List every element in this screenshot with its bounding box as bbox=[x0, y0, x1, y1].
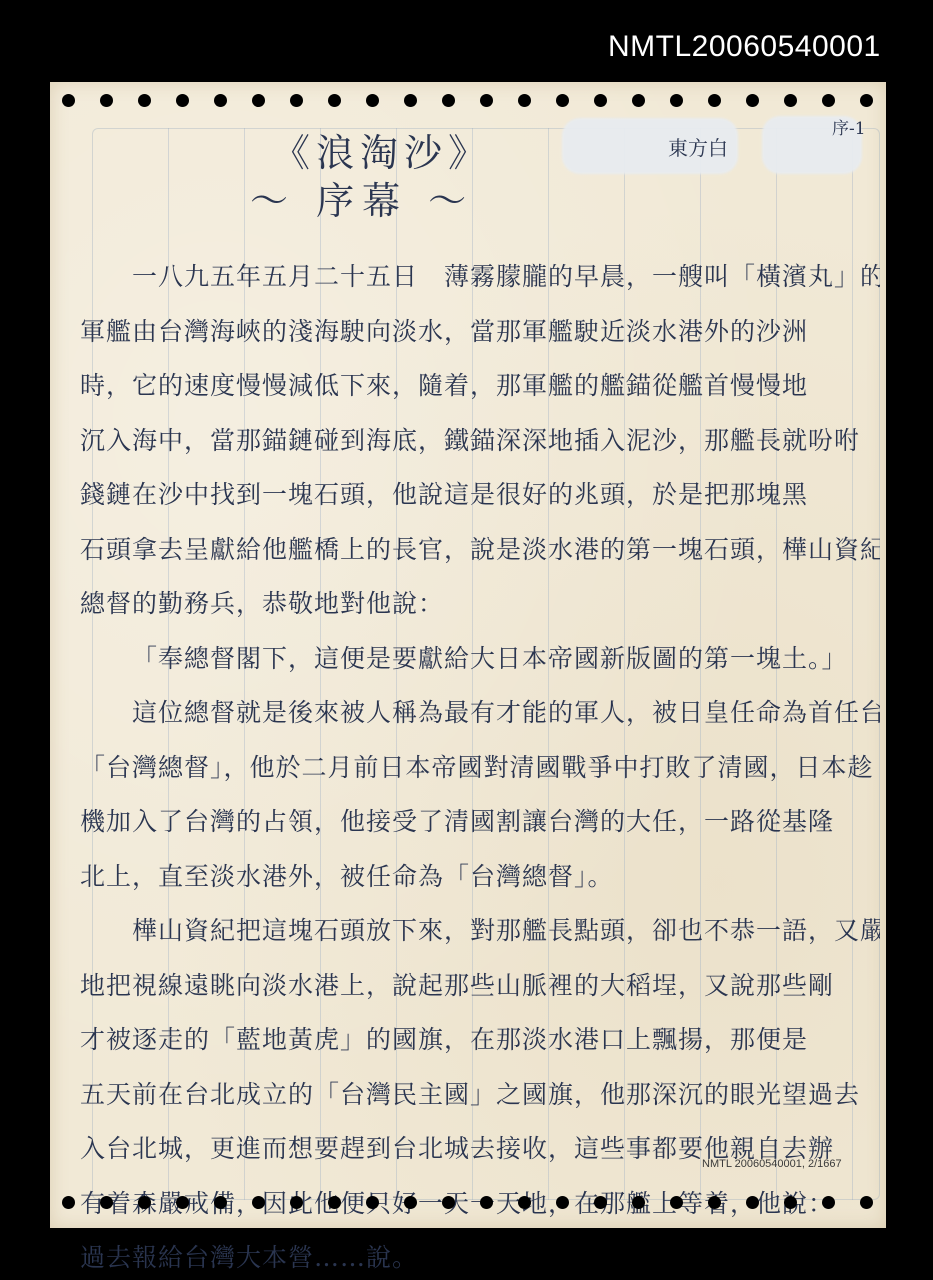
text-line: 北上，直至淡水港外，被任命為「台灣總督」。 bbox=[80, 850, 880, 905]
archive-id-label: NMTL20060540001 bbox=[608, 30, 881, 64]
feed-hole bbox=[480, 1196, 493, 1209]
feed-hole bbox=[138, 1196, 151, 1209]
tractor-feed-holes-top bbox=[50, 94, 886, 110]
feed-hole bbox=[784, 94, 797, 107]
text-line: 地把視線遠眺向淡水港上，說起那些山脈裡的大稻埕，又說那些剛 bbox=[80, 959, 880, 1014]
feed-hole bbox=[480, 94, 493, 107]
feed-hole bbox=[670, 1196, 683, 1209]
feed-hole bbox=[100, 1196, 113, 1209]
feed-hole bbox=[860, 1196, 873, 1209]
feed-hole bbox=[556, 94, 569, 107]
feed-hole bbox=[252, 94, 265, 107]
feed-hole bbox=[290, 1196, 303, 1209]
feed-hole bbox=[176, 1196, 189, 1209]
text-line: 一八九五年五月二十五日 薄霧朦朧的早晨，一艘叫「橫濱丸」的日本 bbox=[80, 250, 880, 305]
text-line: 過去報給台灣大本營……說。 bbox=[80, 1231, 880, 1280]
feed-hole bbox=[366, 1196, 379, 1209]
feed-hole bbox=[404, 94, 417, 107]
feed-hole bbox=[442, 1196, 455, 1209]
text-line: 時，它的速度慢慢減低下來，隨着，那軍艦的艦錨從艦首慢慢地 bbox=[80, 359, 880, 414]
feed-hole bbox=[632, 1196, 645, 1209]
feed-hole bbox=[594, 94, 607, 107]
feed-hole bbox=[176, 94, 189, 107]
manuscript-title: 《浪淘沙》 bbox=[272, 122, 492, 177]
manuscript-body: 一八九五年五月二十五日 薄霧朦朧的早晨，一艘叫「橫濱丸」的日本 軍艦由台灣海峽的… bbox=[80, 250, 880, 1280]
feed-hole bbox=[442, 94, 455, 107]
feed-hole bbox=[822, 1196, 835, 1209]
text-line: 錢鏈在沙中找到一塊石頭，他說這是很好的兆頭，於是把那塊黑 bbox=[80, 468, 880, 523]
text-line: 總督的勤務兵，恭敬地對他說： bbox=[80, 577, 880, 632]
text-line: 機加入了台灣的占領，他接受了清國割讓台灣的大任，一路從基隆 bbox=[80, 795, 880, 850]
feed-hole bbox=[784, 1196, 797, 1209]
feed-hole bbox=[518, 1196, 531, 1209]
text-line: 軍艦由台灣海峽的淺海駛向淡水，當那軍艦駛近淡水港外的沙洲 bbox=[80, 305, 880, 360]
feed-hole bbox=[746, 94, 759, 107]
tractor-feed-holes-bottom bbox=[50, 1196, 886, 1212]
text-line: 「奉總督閣下，這便是要獻給大日本帝國新版圖的第一塊土。」 bbox=[80, 632, 880, 687]
author-name: 東方白 bbox=[668, 132, 728, 161]
feed-hole bbox=[746, 1196, 759, 1209]
archive-footer-id: NMTL 20060540001, 2/1667 bbox=[702, 1158, 842, 1170]
feed-hole bbox=[860, 94, 873, 107]
feed-hole bbox=[670, 94, 683, 107]
text-line: 樺山資紀把這塊石頭放下來，對那艦長點頭，卻也不恭一語，又嚴肅 bbox=[80, 904, 880, 959]
feed-hole bbox=[62, 94, 75, 107]
manuscript-subtitle: ～ 序幕 ～ bbox=[250, 170, 474, 225]
feed-hole bbox=[290, 94, 303, 107]
feed-hole bbox=[252, 1196, 265, 1209]
text-line: 這位總督就是後來被人稱為最有才能的軍人，被日皇任命為首任台灣 bbox=[80, 686, 880, 741]
feed-hole bbox=[328, 1196, 341, 1209]
feed-hole bbox=[214, 1196, 227, 1209]
text-line: 「台灣總督」，他於二月前日本帝國對清國戰爭中打敗了清國，日本趁 bbox=[80, 741, 880, 796]
text-line: 沉入海中，當那錨鏈碰到海底，鐵錨深深地插入泥沙，那艦長就吩咐 bbox=[80, 414, 880, 469]
feed-hole bbox=[214, 94, 227, 107]
feed-hole bbox=[708, 1196, 721, 1209]
feed-hole bbox=[366, 94, 379, 107]
feed-hole bbox=[822, 94, 835, 107]
feed-hole bbox=[100, 94, 113, 107]
feed-hole bbox=[518, 94, 531, 107]
page-number-mark: 序-1 bbox=[832, 114, 866, 139]
feed-hole bbox=[632, 94, 645, 107]
feed-hole bbox=[404, 1196, 417, 1209]
manuscript-page: 《浪淘沙》 ～ 序幕 ～ 東方白 序-1 一八九五年五月二十五日 薄霧朦朧的早晨… bbox=[50, 82, 886, 1228]
feed-hole bbox=[708, 94, 721, 107]
feed-hole bbox=[594, 1196, 607, 1209]
feed-hole bbox=[62, 1196, 75, 1209]
text-line: 才被逐走的「藍地黃虎」的國旗，在那淡水港口上飄揚，那便是 bbox=[80, 1013, 880, 1068]
feed-hole bbox=[556, 1196, 569, 1209]
feed-hole bbox=[138, 94, 151, 107]
text-line: 石頭拿去呈獻給他艦橋上的長官，說是淡水港的第一塊石頭，樺山資紀 bbox=[80, 523, 880, 578]
feed-hole bbox=[328, 94, 341, 107]
text-line: 五天前在台北成立的「台灣民主國」之國旗，他那深沉的眼光望過去 bbox=[80, 1068, 880, 1123]
